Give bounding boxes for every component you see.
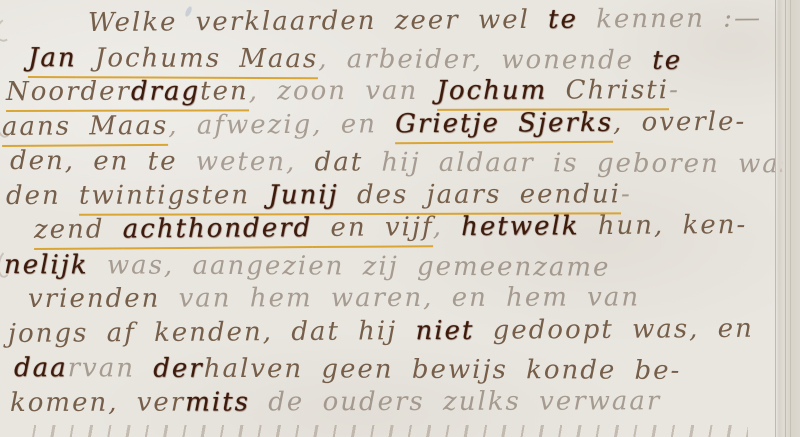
text-line: aans Maas, afwezig, en Grietje Sjerks, o… bbox=[2, 106, 746, 147]
cutoff-line-fragment bbox=[18, 425, 748, 437]
text-segment: den bbox=[6, 180, 79, 213]
text-segment: niet bbox=[415, 315, 474, 348]
text-segment: Jochums Maas bbox=[77, 43, 319, 79]
text-segment: ten bbox=[200, 76, 249, 111]
text-segment: achthonderd bbox=[123, 213, 313, 249]
text-segment: Junij bbox=[268, 180, 338, 215]
text-segment: , zoon van bbox=[249, 76, 437, 109]
text-segment: aans Maas bbox=[2, 110, 169, 146]
text-line: jongs af kenden, dat hij niet gedoopt wa… bbox=[8, 313, 754, 354]
text-segment: te bbox=[652, 45, 682, 78]
text-segment: Jochum bbox=[436, 76, 565, 111]
text-segment: jaars eendui bbox=[427, 179, 621, 215]
text-segment: rvan bbox=[68, 353, 154, 386]
text-segment: Christi bbox=[566, 75, 670, 110]
text-segment: kennen :— bbox=[578, 3, 762, 37]
text-segment: zend bbox=[34, 214, 123, 250]
text-segment: van hem waren, en hem van bbox=[160, 282, 640, 316]
text-segment: te bbox=[548, 5, 578, 38]
text-segment: komen, ver bbox=[10, 387, 185, 420]
text-segment: , arbeider, wonende bbox=[318, 44, 652, 78]
page-fold-edge bbox=[775, 0, 800, 437]
text-segment: Grietje Sjerks bbox=[395, 107, 613, 144]
text-segment: vrienden bbox=[28, 284, 160, 317]
text-segment: jongs af kenden, dat hij bbox=[8, 316, 416, 352]
ink-bleedthrough-mark bbox=[0, 16, 18, 45]
text-segment: Noorder bbox=[6, 77, 131, 112]
text-segment: Welke verklaarden zeer wel bbox=[88, 5, 548, 41]
text-segment: , overle- bbox=[613, 106, 746, 140]
text-segment: , bbox=[433, 212, 462, 245]
text-segment: de ouders zulks verwaar bbox=[250, 386, 661, 420]
text-segment: - bbox=[621, 179, 632, 212]
text-line: zend achthonderd en vijf, hetwelk hun, k… bbox=[34, 210, 747, 251]
text-segment: drag bbox=[131, 76, 200, 111]
document-scan: Welke verklaarden zeer wel te kennen :—J… bbox=[0, 0, 800, 437]
text-segment: hetwelk bbox=[461, 211, 580, 245]
text-segment: daa bbox=[14, 353, 68, 386]
text-segment: dat bbox=[315, 147, 364, 180]
text-segment: hun, ken- bbox=[579, 210, 747, 244]
text-segment: des bbox=[339, 179, 427, 214]
text-segment: hij aldaar is geboren was bbox=[363, 148, 795, 183]
text-segment: mits bbox=[185, 387, 250, 420]
text-line: komen, vermits de ouders zulks verwaar bbox=[10, 386, 661, 424]
text-segment: was, aangezien zij gemeenzame bbox=[89, 250, 611, 285]
text-segment: gedoopt was, en bbox=[474, 313, 754, 348]
text-segment: der bbox=[153, 354, 204, 387]
text-segment: , afwezig, en bbox=[168, 109, 395, 144]
text-segment: weten, bbox=[196, 147, 315, 181]
text-segment: en vijf bbox=[312, 212, 433, 248]
text-segment: den, en te bbox=[10, 146, 196, 180]
text-segment: halven geen bewijs konde be- bbox=[204, 354, 682, 389]
text-segment: nelijk bbox=[4, 250, 89, 283]
text-segment: Jan bbox=[28, 43, 77, 78]
text-segment: twintigsten bbox=[79, 180, 268, 215]
text-segment: - bbox=[669, 75, 680, 108]
